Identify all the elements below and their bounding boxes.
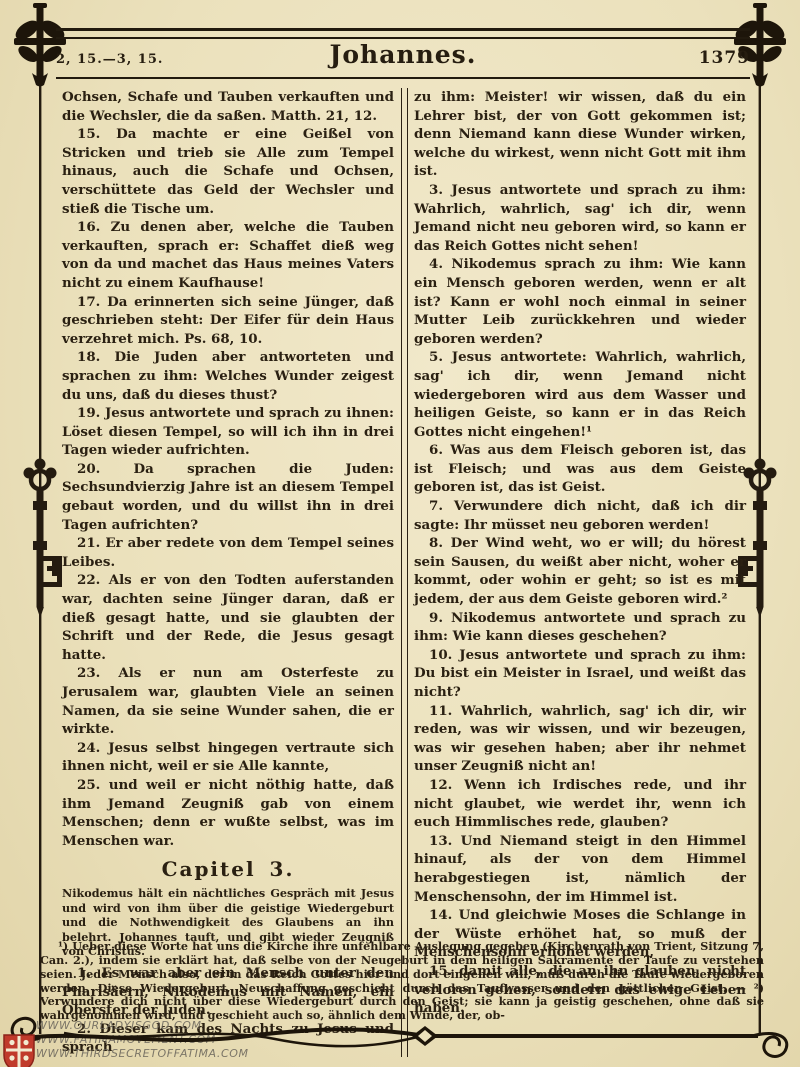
scanned-bible-page: 2, 15.—3, 15. Johannes. 1379 Ochsen, Sch… — [0, 0, 800, 1067]
ornamental-rule-icon — [0, 1010, 800, 1062]
verse-paragraph: 19. Jesus antwortete und sprach zu ihnen… — [62, 404, 394, 460]
key-icon — [24, 459, 63, 619]
verse-paragraph: zu ihm: Meister! wir wissen, daß du ein … — [414, 88, 746, 181]
verse-paragraph: 9. Nikodemus antwortete und sprach zu ih… — [414, 609, 746, 646]
page-header: 2, 15.—3, 15. Johannes. 1379 — [56, 40, 750, 69]
verse-paragraph: 17. Da erinnerten sich seine Jünger, daß… — [62, 293, 394, 349]
verse-paragraph: 7. Verwundere dich nicht, daß ich dir sa… — [414, 497, 746, 534]
column-divider — [401, 88, 408, 1057]
verse-paragraph: 23. Als er nun am Osterfeste zu Jerusale… — [62, 664, 394, 738]
verse-paragraph: 11. Wahrlich, wahrlich, sag' ich dir, wi… — [414, 702, 746, 776]
verse-paragraph: 5. Jesus antwortete: Wahrlich, wahrlich,… — [414, 348, 746, 441]
verse-paragraph: 25. und weil er nicht nöthig hatte, daß … — [62, 776, 394, 850]
page-title: Johannes. — [330, 40, 477, 69]
verse-paragraph: 6. Was aus dem Fleisch geboren ist, das … — [414, 441, 746, 497]
page-number: 1379 — [476, 48, 750, 68]
left-border — [0, 0, 70, 1067]
verse-range: 2, 15.—3, 15. — [56, 52, 330, 67]
verse-paragraph: 15. Da machte er eine Geißel von Stricke… — [62, 125, 394, 218]
verse-paragraph: 3. Jesus antwortete und sprach zu ihm: W… — [414, 181, 746, 255]
verse-paragraph: 13. Und Niemand steigt in den Himmel hin… — [414, 832, 746, 906]
verse-paragraph: 24. Jesus selbst hingegen vertraute sich… — [62, 739, 394, 776]
verse-paragraph: 20. Da sprachen die Juden: Sechsundvierz… — [62, 460, 394, 534]
top-double-rule — [56, 28, 750, 39]
text-columns: Ochsen, Schafe und Tauben verkauften und… — [62, 88, 746, 1057]
right-column: zu ihm: Meister! wir wissen, daß du ein … — [414, 88, 746, 1057]
verse-paragraph: 21. Er aber redete von dem Tempel seines… — [62, 534, 394, 571]
verse-paragraph: 10. Jesus antwortete und sprach zu ihm: … — [414, 646, 746, 702]
left-column: Ochsen, Schafe und Tauben verkauften und… — [62, 88, 394, 1057]
verse-paragraph: Ochsen, Schafe und Tauben verkauften und… — [62, 88, 394, 125]
verse-paragraph: 8. Der Wind weht, wo er will; du hörest … — [414, 534, 746, 608]
verse-paragraph: 12. Wenn ich Irdisches rede, und ihr nic… — [414, 776, 746, 832]
verse-paragraph: 18. Die Juden aber antworteten und sprac… — [62, 348, 394, 404]
verse-paragraph: 22. Als er von den Todten auferstanden w… — [62, 571, 394, 664]
chapter-heading: Capitel 3. — [62, 860, 394, 879]
verse-paragraph: 16. Zu denen aber, welche die Tauben ver… — [62, 218, 394, 292]
verse-paragraph: 4. Nikodemus sprach zu ihm: Wie kann ein… — [414, 255, 746, 348]
header-rule — [56, 77, 750, 79]
shield-logo — [2, 1033, 36, 1067]
